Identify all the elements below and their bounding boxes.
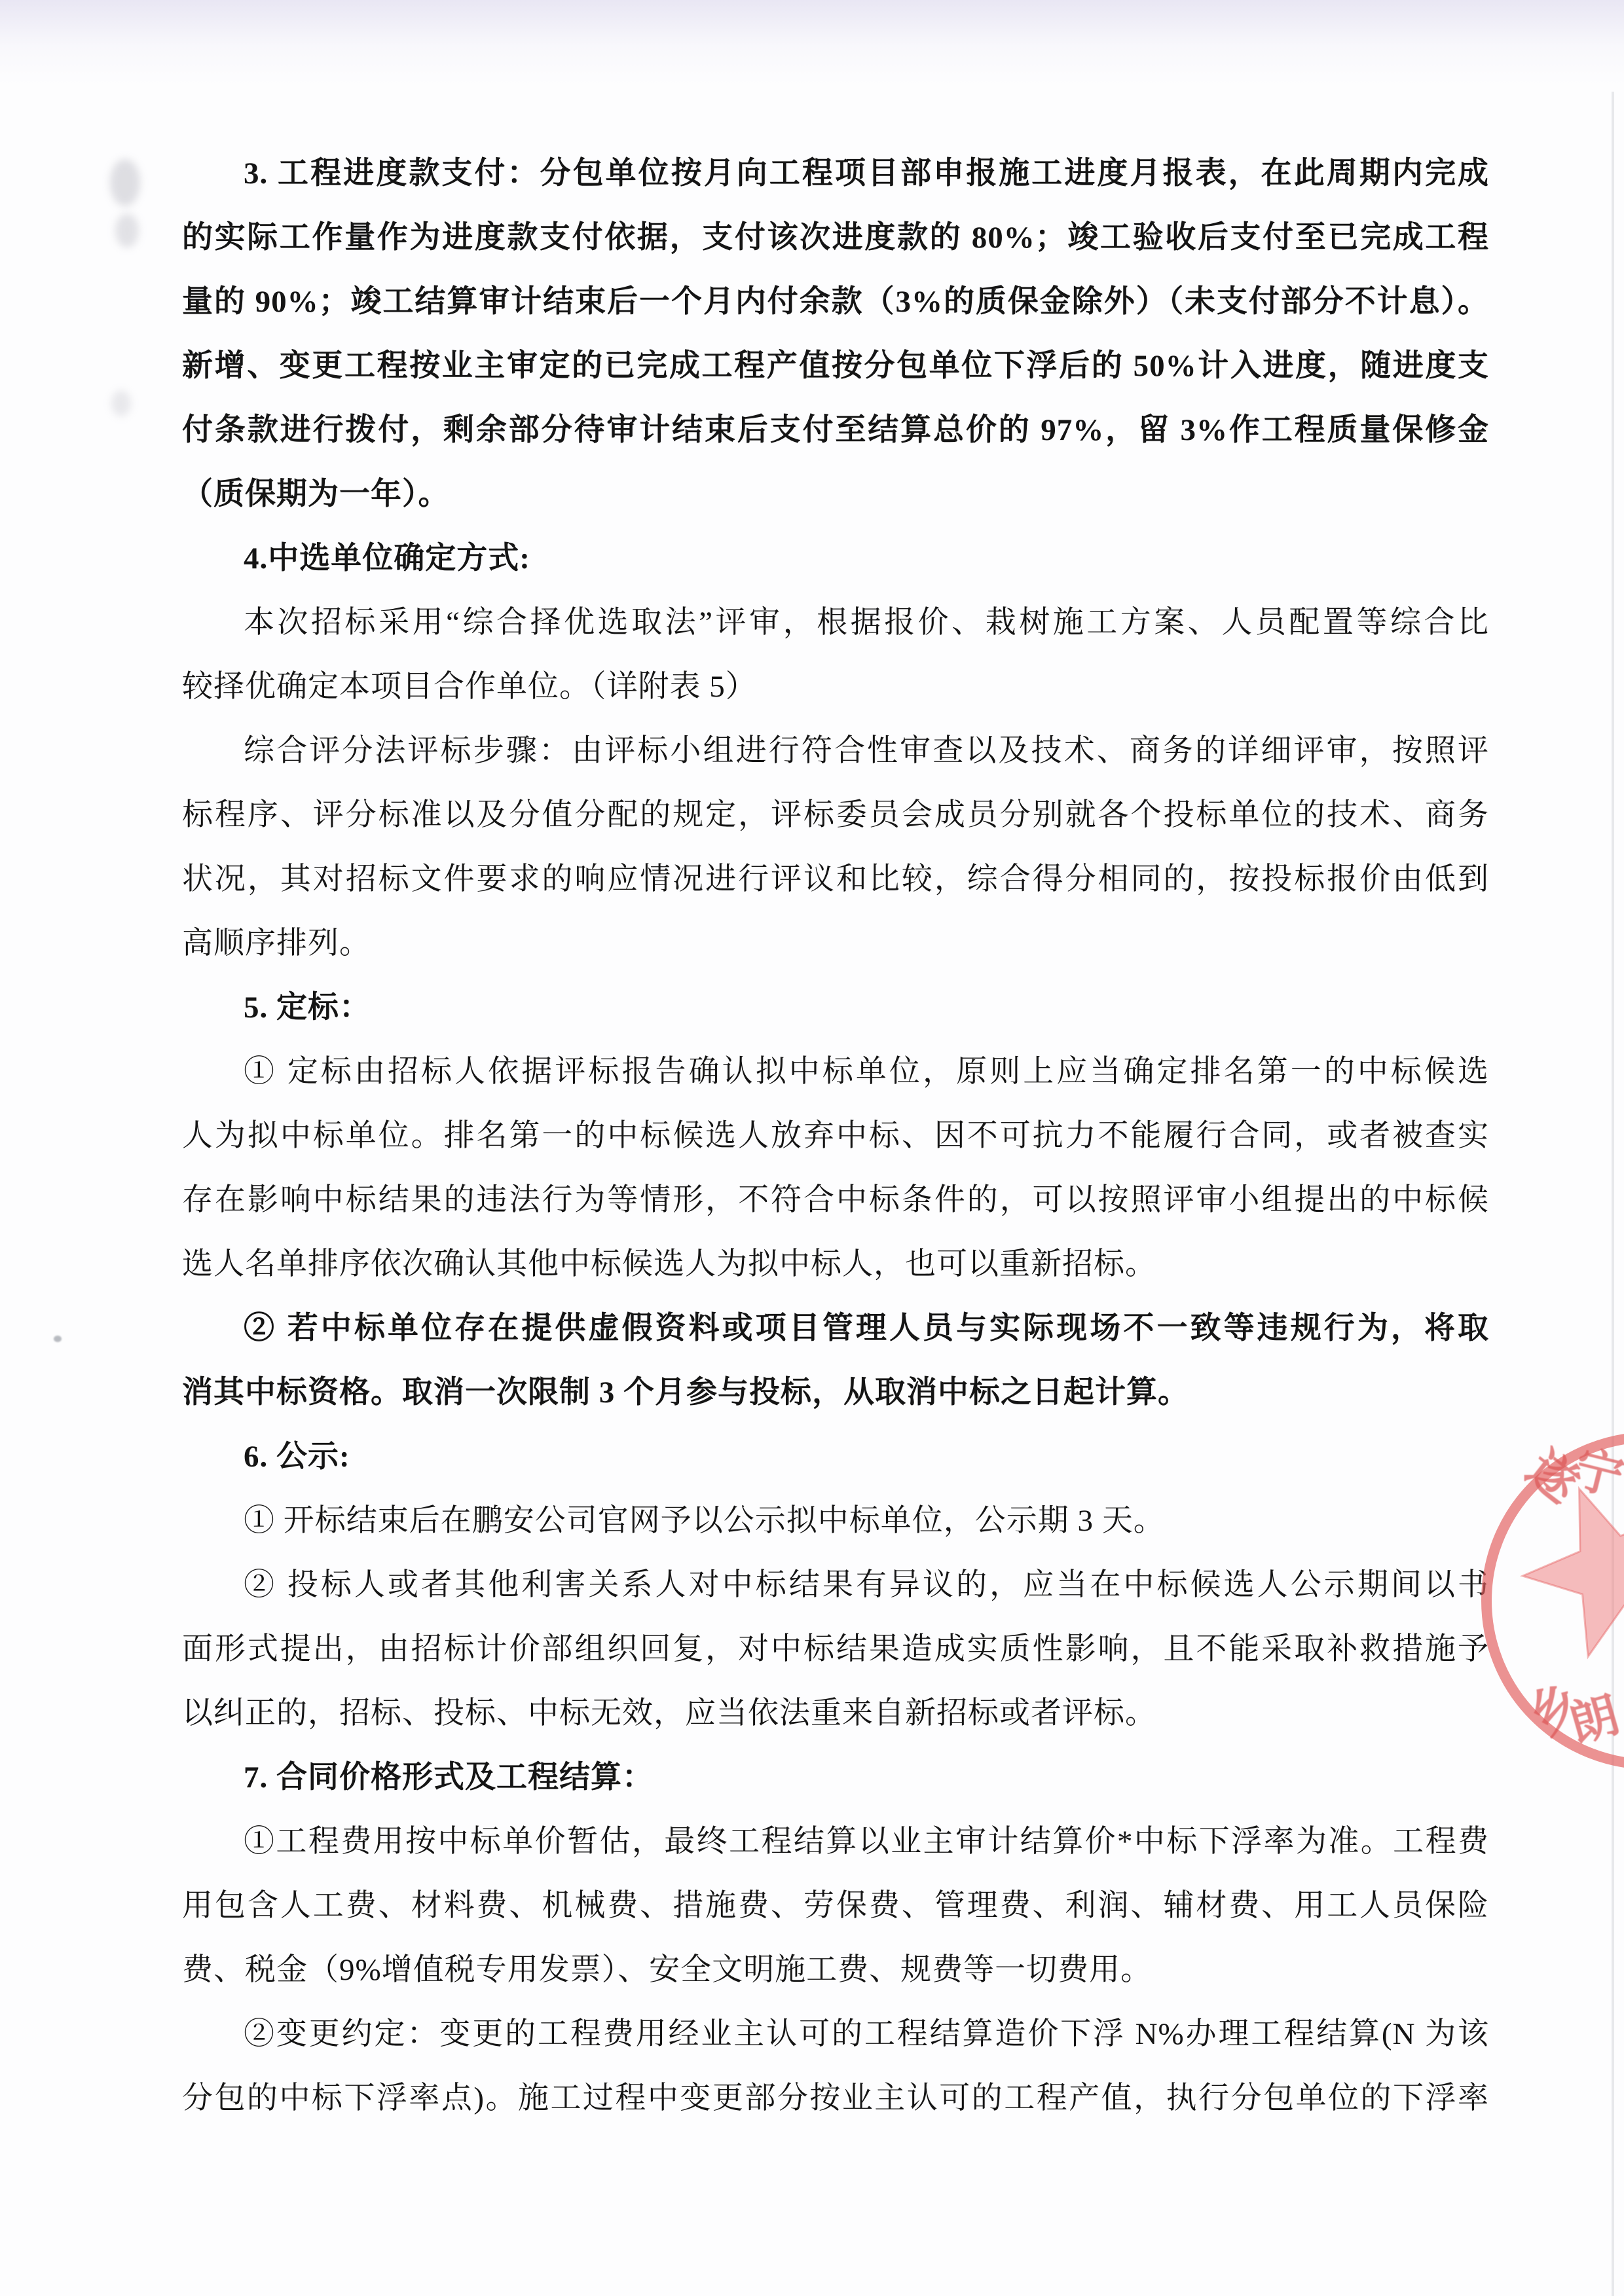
section-heading: 6. 公示: [182,1425,1489,1489]
text-line: 费、税金（9%增值税专用发票）、安全文明施工费、规费等一切费用。 [182,1938,1489,2002]
text-line: ②变更约定：变更的工程费用经业主认可的工程结算造价下浮 N%办理工程结算(N 为… [182,2002,1489,2066]
text-line: 3. 工程进度款支付：分包单位按月向工程项目部申报施工进度月报表，在此周期内完成 [182,141,1489,206]
text-line: 人为拟中标单位。排名第一的中标候选人放弃中标、因不可抗力不能履行合同，或者被查实 [182,1104,1489,1168]
text-line: 高顺序排列。 [182,911,1489,975]
text-line: 用包含人工费、材料费、机械费、措施费、劳保费、管理费、利润、辅材费、用工人员保险 [182,1874,1489,1938]
text-line: 标程序、评分标准以及分值分配的规定，评标委员会成员分别就各个投标单位的技术、商务 [182,783,1489,847]
text-line: ① 开标结束后在鹏安公司官网予以公示拟中标单位，公示期 3 天。 [182,1489,1489,1553]
scan-smudge [115,213,139,247]
text-line: 以纠正的，招标、投标、中标无效，应当依法重来自新招标或者评标。 [182,1681,1489,1745]
text-line: ①工程费用按中标单价暂估，最终工程结算以业主审计结算价*中标下浮率为准。工程费 [182,1810,1489,1874]
text-line: （质保期为一年）。 [182,462,1489,526]
text-line: 状况，其对招标文件要求的响应情况进行评议和比较，综合得分相同的，按投标报价由低到 [182,847,1489,911]
star-icon [1522,1489,1624,1657]
red-seal-stamp: 遂 宁 乡 朗 [1480,1427,1624,1768]
section-heading: 5. 定标： [182,975,1489,1040]
scan-smudge [111,390,131,416]
text-line: 分包的中标下浮率点)。施工过程中变更部分按业主认可的工程产值，执行分包单位的下浮… [182,2066,1489,2130]
document-page: 3. 工程进度款支付：分包单位按月向工程项目部申报施工进度月报表，在此周期内完成… [0,0,1624,2296]
text-line: 选人名单排序依次确认其他中标候选人为拟中标人，也可以重新招标。 [182,1232,1489,1296]
text-line: 本次招标采用“综合择优选取法”评审，根据报价、栽树施工方案、人员配置等综合比 [182,591,1489,655]
text-line: 较择优确定本项目合作单位。（详附表 5） [182,655,1489,719]
paper-edge-line [1612,92,1614,2296]
section-heading: 4.中选单位确定方式: [182,526,1489,591]
text-line: 面形式提出，由招标计价部组织回复，对中标结果造成实质性影响，且不能采取补救措施予 [182,1617,1489,1681]
text-line: 新增、变更工程按业主审定的已完成工程产值按分包单位下浮后的 50%计入进度，随进… [182,334,1489,398]
text-line: 量的 90%；竣工结算审计结束后一个月内付余款（3%的质保金除外）（未支付部分不… [182,270,1489,334]
text-line: ① 定标由招标人依据评标报告确认拟中标单位，原则上应当确定排名第一的中标候选 [182,1040,1489,1104]
text-line: 存在影响中标结果的违法行为等情形，不符合中标条件的，可以按照评审小组提出的中标候 [182,1168,1489,1232]
document-body: 3. 工程进度款支付：分包单位按月向工程项目部申报施工进度月报表，在此周期内完成… [182,141,1489,2130]
text-line: 消其中标资格。取消一次限制 3 个月参与投标，从取消中标之日起计算。 [182,1360,1489,1425]
text-line: 综合评分法评标步骤：由评标小组进行符合性审查以及技术、商务的详细评审，按照评 [182,719,1489,783]
text-line: 付条款进行拨付，剩余部分待审计结束后支付至结算总价的 97%，留 3%作工程质量… [182,398,1489,462]
text-line: ② 若中标单位存在提供虚假资料或项目管理人员与实际现场不一致等违规行为，将取 [182,1296,1489,1360]
scan-speck [54,1336,62,1342]
text-line: 的实际工作量作为进度款支付依据，支付该次进度款的 80%；竣工验收后支付至已完成… [182,206,1489,270]
text-line: ② 投标人或者其他利害关系人对中标结果有异议的，应当在中标候选人公示期间以书 [182,1553,1489,1617]
section-heading: 7. 合同价格形式及工程结算： [182,1745,1489,1810]
scan-smudge [110,159,140,206]
scan-tint [0,0,1624,85]
